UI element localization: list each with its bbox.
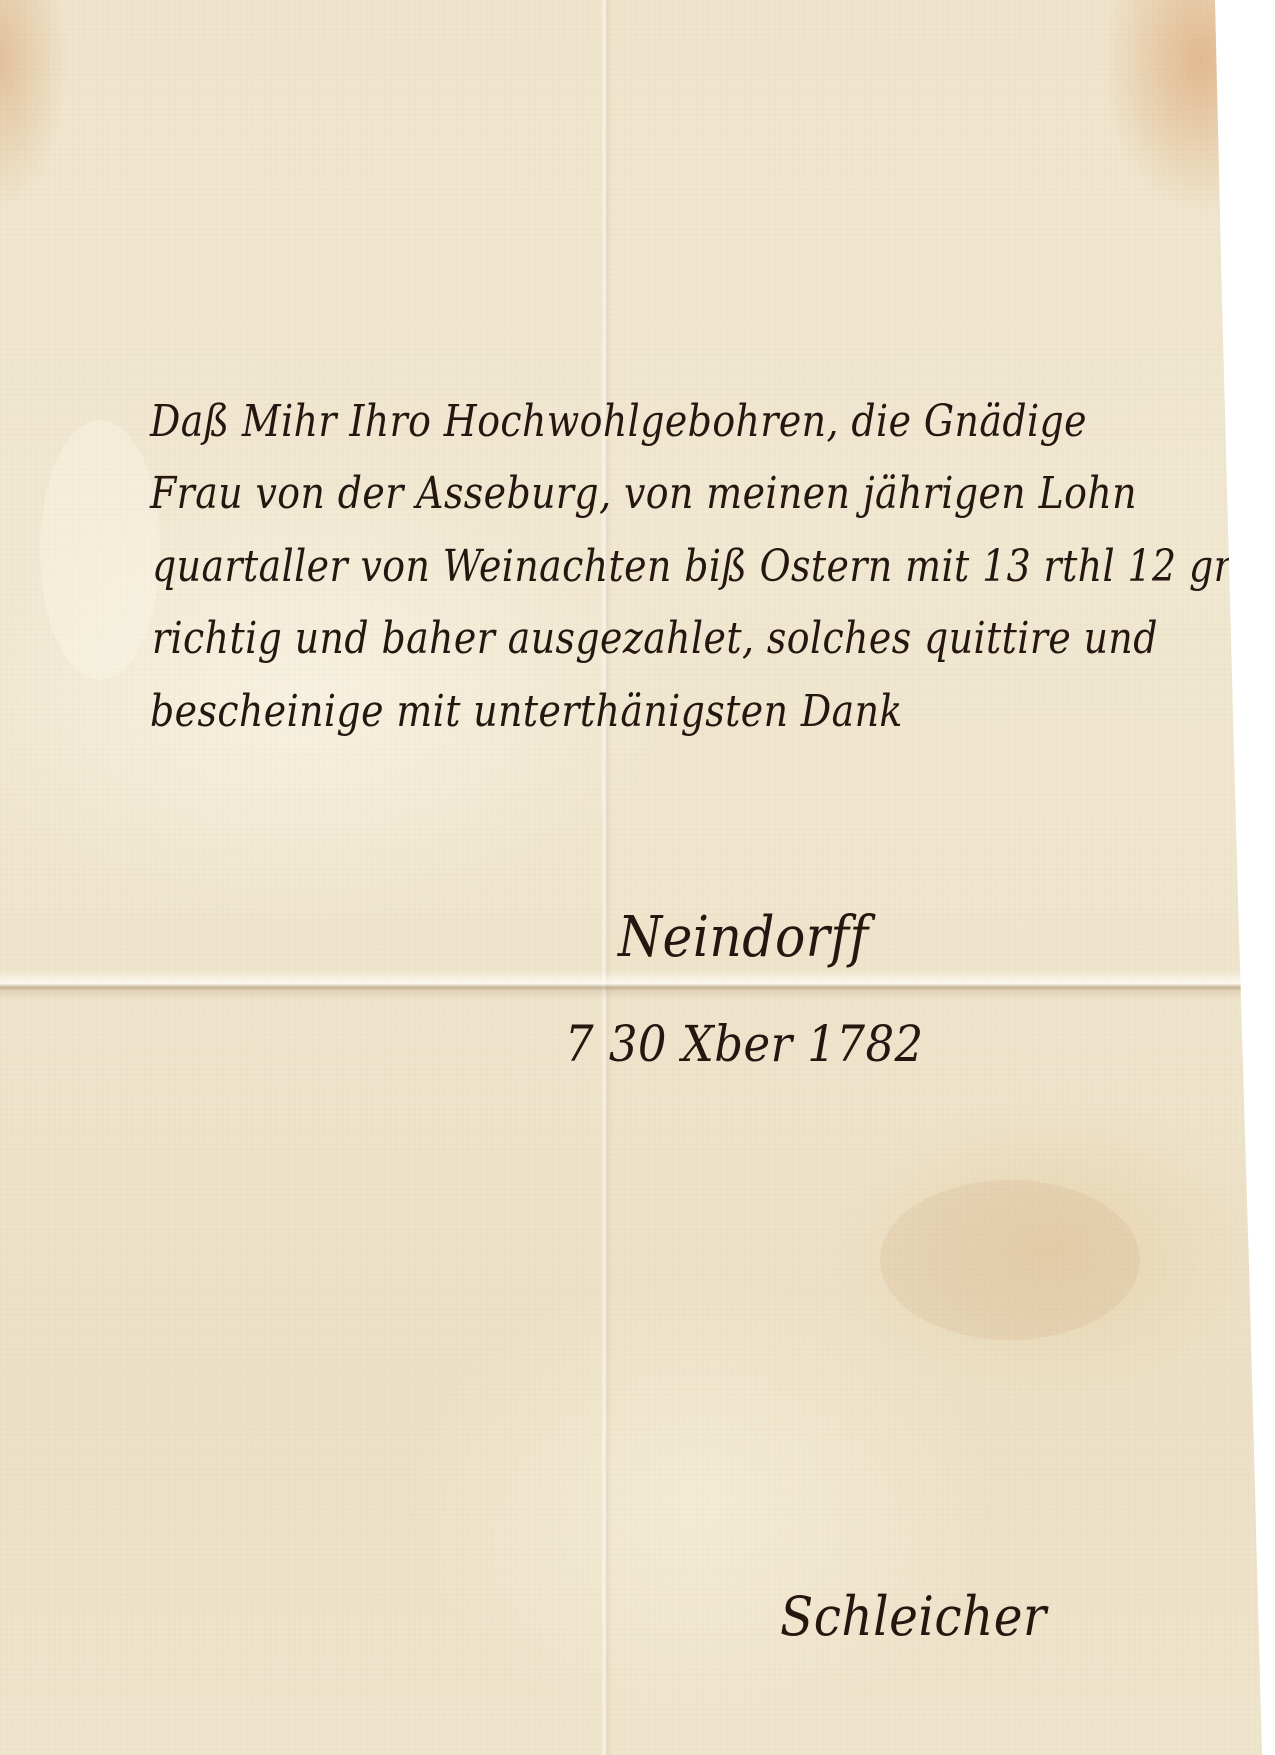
document-date: 7 30 Xber 1782	[565, 1015, 924, 1073]
body-line-4: richtig und baher ausgezahlet, solches q…	[152, 617, 1158, 661]
paper-sheet: Daß Mihr Ihro Hochwohlgebohren, die Gnäd…	[0, 0, 1262, 1755]
body-line-1: Daß Mihr Ihro Hochwohlgebohren, die Gnäd…	[150, 400, 1087, 444]
paper-stain	[880, 1180, 1140, 1340]
paper-highlight	[40, 420, 160, 680]
body-line-2: Frau von der Asseburg, von meinen jährig…	[150, 472, 1137, 516]
signature-lower: Schleicher	[780, 1585, 1047, 1648]
vertical-fold-crease	[600, 0, 612, 1755]
paper-texture	[0, 0, 1262, 1755]
body-line-5: bescheinige mit unterthänigsten Dank	[150, 690, 903, 734]
body-line-3: quartaller von Weinachten biß Ostern mit…	[152, 545, 1232, 589]
scanned-document: Daß Mihr Ihro Hochwohlgebohren, die Gnäd…	[0, 0, 1275, 1755]
signature-main: Neindorff	[618, 905, 869, 970]
horizontal-fold-crease	[0, 970, 1245, 1000]
